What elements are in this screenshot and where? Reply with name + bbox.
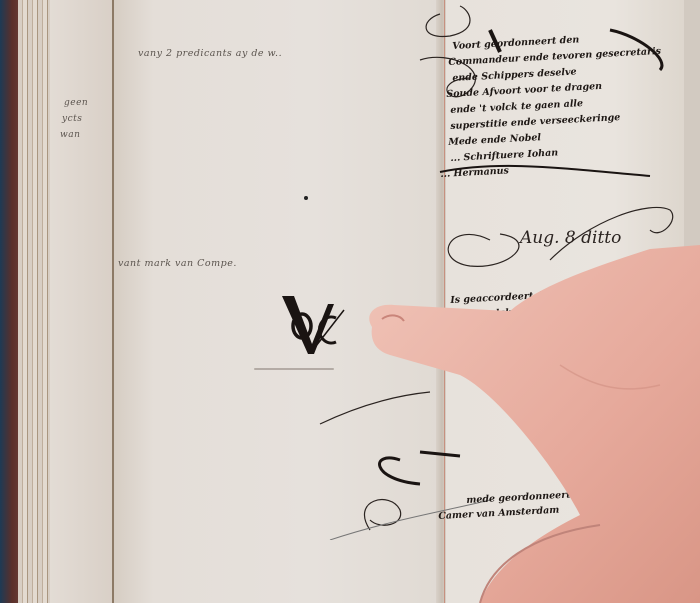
ink-dot	[304, 196, 308, 200]
voc-monogram-icon	[278, 290, 348, 360]
flyleaf-line: ycts	[62, 114, 82, 124]
company-note: vant mark van Compe.	[118, 258, 237, 269]
flyleaf-line: wan	[60, 130, 80, 140]
flyleaf: geen ycts wan	[50, 0, 114, 603]
manuscript-photo: geen ycts wan vany 2 predicants ay de w.…	[0, 0, 700, 603]
top-note: vany 2 predicants ay de w..	[138, 48, 282, 59]
flyleaf-line: geen	[64, 98, 88, 108]
ink-smudge	[254, 368, 334, 370]
pointing-hand	[360, 245, 700, 603]
